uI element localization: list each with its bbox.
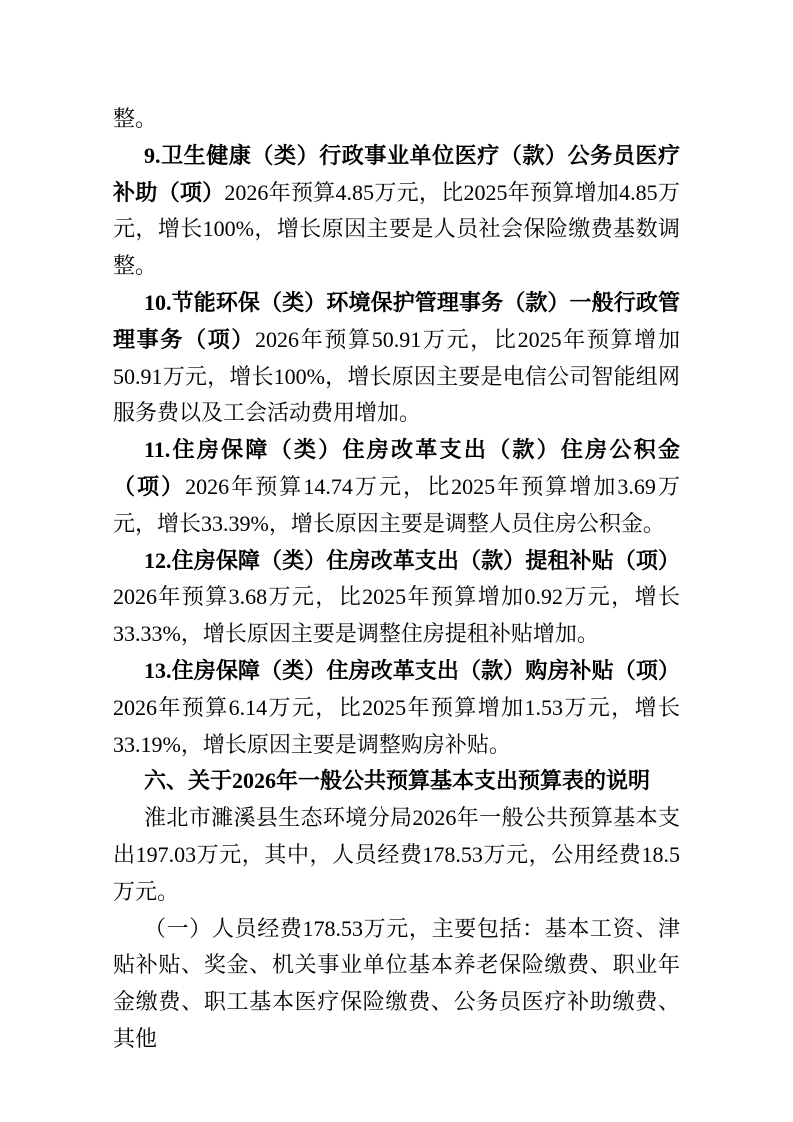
budget-item-13-body: 2026年预算6.14万元，比2025年预算增加1.53万元，增长33.19%，… bbox=[113, 695, 680, 757]
budget-item-12-body: 2026年预算3.68万元，比2025年预算增加0.92万元，增长33.33%，… bbox=[113, 584, 680, 646]
basic-expenditure-summary-body: 淮北市濉溪县生态环境分局2026年一般公共预算基本支出197.03万元，其中，人… bbox=[113, 805, 680, 904]
document-text-block: 整。 9.卫生健康（类）行政事业单位医疗（款）公务员医疗补助（项）2026年预算… bbox=[113, 101, 680, 1058]
budget-item-9-paragraph: 9.卫生健康（类）行政事业单位医疗（款）公务员医疗补助（项）2026年预算4.8… bbox=[113, 138, 680, 285]
budget-item-13-paragraph: 13.住房保障（类）住房改革支出（款）购房补贴（项）2026年预算6.14万元，… bbox=[113, 653, 680, 763]
paragraph-continuation-tail: 整。 bbox=[113, 101, 680, 138]
budget-item-11-body: 2026年预算14.74万元，比2025年预算增加3.69万元，增长33.39%… bbox=[113, 474, 680, 536]
basic-expenditure-summary-paragraph: 淮北市濉溪县生态环境分局2026年一般公共预算基本支出197.03万元，其中，人… bbox=[113, 800, 680, 910]
budget-item-12-heading: 12.住房保障（类）住房改革支出（款）提租补贴（项） bbox=[144, 548, 680, 573]
personnel-expense-paragraph: （一）人员经费178.53万元，主要包括：基本工资、津贴补贴、奖金、机关事业单位… bbox=[113, 911, 680, 1058]
paragraph-body: 整。 bbox=[113, 106, 157, 131]
budget-item-12-paragraph: 12.住房保障（类）住房改革支出（款）提租补贴（项）2026年预算3.68万元，… bbox=[113, 543, 680, 653]
budget-item-11-paragraph: 11.住房保障（类）住房改革支出（款）住房公积金（项）2026年预算14.74万… bbox=[113, 432, 680, 542]
section-heading-six-text: 六、关于2026年一般公共预算基本支出预算表的说明 bbox=[144, 768, 650, 793]
budget-item-13-heading: 13.住房保障（类）住房改革支出（款）购房补贴（项） bbox=[144, 658, 680, 683]
document-page: 整。 9.卫生健康（类）行政事业单位医疗（款）公务员医疗补助（项）2026年预算… bbox=[0, 0, 793, 1122]
budget-item-10-paragraph: 10.节能环保（类）环境保护管理事务（款）一般行政管理事务（项）2026年预算5… bbox=[113, 285, 680, 432]
personnel-expense-body: （一）人员经费178.53万元，主要包括：基本工资、津贴补贴、奖金、机关事业单位… bbox=[113, 916, 680, 1051]
section-heading-six: 六、关于2026年一般公共预算基本支出预算表的说明 bbox=[113, 763, 680, 800]
